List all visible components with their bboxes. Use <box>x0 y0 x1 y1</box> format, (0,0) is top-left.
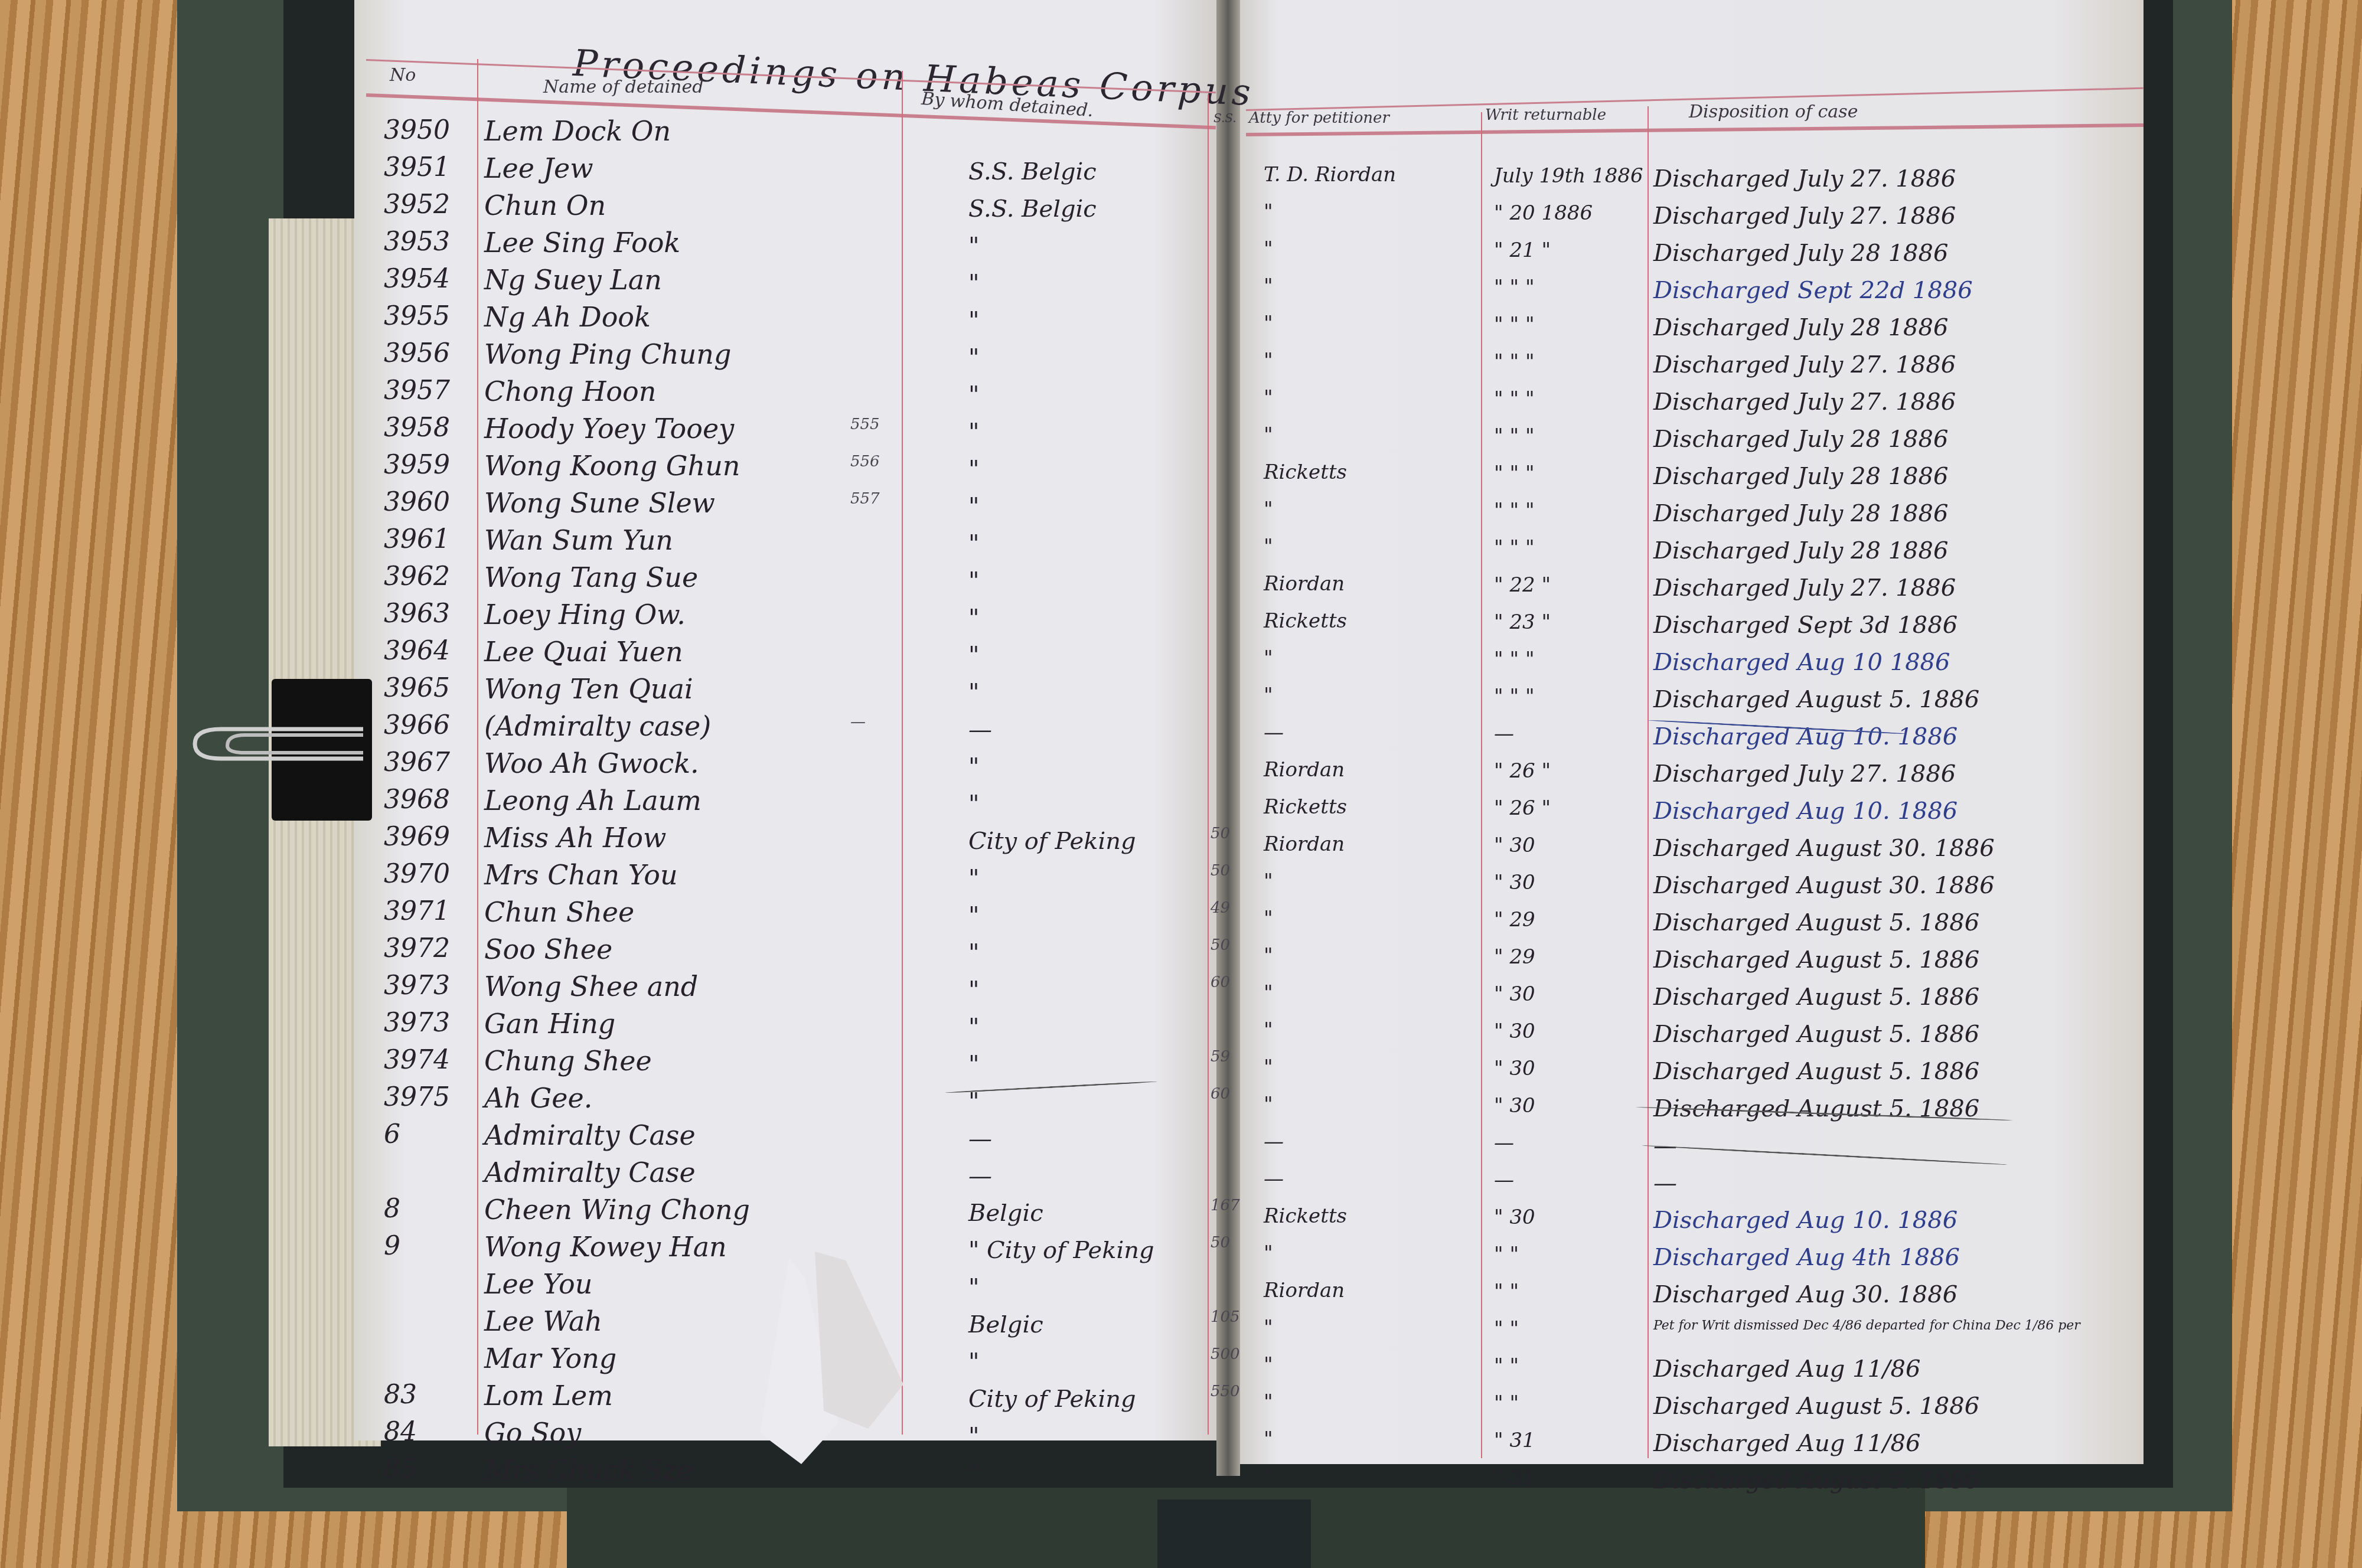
ledger-cell-by: " <box>968 270 979 297</box>
ledger-cell-disp: Discharged August 5. 1886 <box>1653 686 1979 713</box>
ledger-cell-atty: — <box>1264 1167 1284 1191</box>
ledger-cell-by: " <box>968 307 979 334</box>
ledger-cell-by: " <box>968 1051 979 1078</box>
ledger-cell-writ: " 30 <box>1494 834 1535 857</box>
ledger-cell-disp: Discharged July 27. 1886 <box>1653 202 1956 230</box>
binder-clip-handle-icon <box>186 705 363 776</box>
ledger-cell-no: 3951 <box>384 152 450 182</box>
ledger-cell-disp: Pet for Writ dismissed Dec 4/86 departed… <box>1653 1318 2080 1333</box>
ledger-cell-no: 3953 <box>384 227 450 257</box>
ledger-cell-disp: Discharged August 5. 1886 <box>1653 1467 1979 1494</box>
ledger-cell-no: 3963 <box>384 599 450 629</box>
ledger-cell-disp: Discharged August 30. 1886 <box>1653 835 1995 862</box>
ledger-cell-name: Ng Suey Lan <box>484 264 662 296</box>
ledger-cell-name: Loey Hing Ow. <box>484 599 686 631</box>
ledger-cell-name: Wong Shee and <box>484 971 698 1002</box>
ledger-cell-atty: Ricketts <box>1264 460 1347 484</box>
ledger-cell-name: Wong Tang Sue <box>484 561 698 593</box>
ledger-cell-no: 3961 <box>384 524 450 554</box>
ledger-cell-ticket: 555 <box>850 416 880 433</box>
ledger-cell-atty: " <box>1264 237 1273 261</box>
ledger-cell-atty: Ricketts <box>1264 795 1347 819</box>
ledger-cell-ticket: 49 <box>1211 899 1230 917</box>
ledger-cell-name: Leong Ah Laum <box>484 785 702 816</box>
ledger-cell-name: Ng Ah Dook <box>484 301 651 333</box>
ledger-cell-by: " City of Peking <box>968 1237 1154 1264</box>
ledger-cell-atty: " <box>1264 1316 1273 1340</box>
ledger-cell-ticket: 556 <box>850 453 880 471</box>
ledger-cell-ticket: 167 <box>1211 1197 1240 1214</box>
ledger-cell-by: " <box>968 456 979 483</box>
ledger-cell-name: Wong Ping Chung <box>484 338 731 370</box>
ledger-cell-writ: " " " <box>1494 350 1535 374</box>
ledger-cell-by: — <box>968 1125 992 1152</box>
ledger-cell-disp: Discharged Aug 10. 1886 <box>1653 798 1958 825</box>
ledger-cell-name: Admiralty Case <box>484 1119 696 1151</box>
ledger-cell-disp: Discharged July 27. 1886 <box>1653 388 1956 416</box>
ledger-cell-disp: Discharged July 28 1886 <box>1653 500 1948 527</box>
ledger-cell-atty: " <box>1264 1465 1273 1488</box>
book-stand <box>1157 1500 1311 1568</box>
ledger-cell-disp: Discharged August 5. 1886 <box>1653 1058 1979 1085</box>
ledger-cell-by: " <box>968 344 979 371</box>
ledger-cell-writ: " 30 <box>1494 1206 1535 1229</box>
ledger-cell-no: 3958 <box>384 413 450 443</box>
ledger-cell-atty: " <box>1264 684 1273 707</box>
ledger-cell-disp: Discharged July 28 1886 <box>1653 426 1948 453</box>
ledger-cell-writ: " 22 " <box>1494 573 1551 597</box>
ledger-cell-name: Admiralty Case <box>484 1157 696 1188</box>
ledger-cell-by: " <box>968 939 979 966</box>
ledger-cell-atty: " <box>1264 535 1273 558</box>
ledger-cell-disp: Discharged July 28 1886 <box>1653 240 1948 267</box>
ledger-cell-no: 84 <box>384 1417 417 1447</box>
ledger-cell-writ: " 30 <box>1494 1094 1535 1118</box>
ledger-cell-no: 3956 <box>384 338 450 368</box>
ledger-cell-by: " <box>968 642 979 669</box>
ledger-cell-atty: " <box>1264 870 1273 893</box>
ledger-cell-no: 3952 <box>384 190 450 220</box>
ledger-cell-by: " <box>968 1423 979 1450</box>
ledger-cell-name: Chun On <box>484 190 606 221</box>
ledger-cell-ticket: 105 <box>1211 1308 1240 1326</box>
ledger-cell-writ: " " " <box>1494 536 1535 560</box>
ledger-cell-by: — <box>968 1162 992 1190</box>
ledger-cell-name: Wong Koong Ghun <box>484 450 740 482</box>
ledger-cell-ticket: 50 <box>1211 936 1230 954</box>
ledger-cell-disp: Discharged July 28 1886 <box>1653 537 1948 564</box>
ledger-cell-name: Lem Dock On <box>484 115 671 147</box>
ledger-cell-name: Lee Sing Fook <box>484 227 680 259</box>
ledger-cell-writ: " 30 <box>1494 871 1535 894</box>
ledger-cell-name: Wong Ten Quai <box>484 673 693 705</box>
ledger-cell-name: Mar Yong <box>484 1342 616 1374</box>
ledger-cell-disp: Discharged Sept 22d 1886 <box>1653 277 1973 304</box>
ledger-cell-by: S.S. Belgic <box>968 195 1097 223</box>
ledger-cell-name: Soo Shee <box>484 933 612 965</box>
ledger-cell-disp: Discharged August 5. 1886 <box>1653 1021 1979 1048</box>
ledger-cell-no: 3969 <box>384 822 450 852</box>
ledger-cell-writ: " 26 " <box>1494 759 1551 783</box>
ledger-cell-ticket: 59 <box>1211 1048 1230 1066</box>
ledger-cell-atty: " <box>1264 386 1273 410</box>
ledger-cell-atty: " <box>1264 275 1273 298</box>
ledger-cell-name: Chun Shee <box>484 896 634 928</box>
ledger-cell-atty: " <box>1264 1390 1273 1414</box>
ledger-cell-atty: Riordan <box>1264 758 1345 782</box>
ledger-cell-atty: " <box>1264 907 1273 930</box>
header-ticket: S.S. <box>1213 111 1237 125</box>
ledger-cell-no: 3974 <box>384 1045 450 1075</box>
ledger-cell-disp: Discharged August 30. 1886 <box>1653 872 1995 899</box>
ledger-cell-atty: — <box>1264 721 1284 744</box>
ledger-cell-writ: " 20 1886 <box>1494 201 1593 225</box>
ledger-cell-writ: — <box>1494 722 1514 746</box>
ledger-cell-no: 3971 <box>384 896 450 926</box>
ledger-cell-name: Lee Quai Yuen <box>484 636 683 668</box>
ledger-cell-name: Lee You <box>484 1268 592 1300</box>
ledger-cell-by: — <box>968 716 992 743</box>
ledger-cell-name: Mrs Chuck Sze <box>484 1454 693 1486</box>
ledger-cell-no: 3960 <box>384 487 450 517</box>
ledger-cell-disp: Discharged August 5. 1886 <box>1653 909 1979 936</box>
ledger-cell-writ: — <box>1494 1168 1514 1192</box>
ledger-cell-name: Lee Jew <box>484 152 593 184</box>
ledger-cell-by: " <box>968 1088 979 1115</box>
ledger-cell-ticket: 557 <box>850 490 880 508</box>
ledger-cell-writ: " " <box>1494 1391 1519 1415</box>
ledger-cell-writ: " " " <box>1494 648 1535 671</box>
ledger-cell-ticket: 50 <box>1211 825 1230 842</box>
ledger-cell-name: Ah Gee. <box>484 1082 592 1114</box>
ledger-cell-no: 9 <box>384 1231 400 1261</box>
ledger-cell-writ: " " " <box>1494 462 1535 485</box>
ledger-cell-no: 3954 <box>384 264 450 294</box>
ledger-cell-atty: " <box>1264 646 1273 670</box>
ledger-cell-name: Cheen Wing Chong <box>484 1194 750 1226</box>
ledger-cell-ticket: 50 <box>1211 862 1230 880</box>
ledger-cell-atty: " <box>1264 1093 1273 1116</box>
header-writ: Writ returnable <box>1485 106 1606 124</box>
ledger-cell-by: Belgic <box>968 1311 1043 1338</box>
col-divider-writ <box>1647 106 1649 1458</box>
ledger-cell-atty: " <box>1264 1427 1273 1451</box>
ledger-cell-atty: " <box>1264 1056 1273 1079</box>
ledger-cell-atty: " <box>1264 312 1273 335</box>
ledger-cell-by: " <box>968 753 979 780</box>
ledger-cell-no: 8 <box>384 1194 400 1224</box>
ledger-cell-atty: T. D. Riordan <box>1264 163 1396 187</box>
ledger-cell-disp: Discharged July 28 1886 <box>1653 463 1948 490</box>
ledger-cell-disp: Discharged July 27. 1886 <box>1653 351 1956 378</box>
ledger-cell-name: Chong Hoon <box>484 375 656 407</box>
ledger-cell-disp: Discharged July 27. 1886 <box>1653 574 1956 602</box>
ledger-cell-by: " <box>968 679 979 706</box>
ledger-cell-by: Belgic <box>968 1200 1043 1227</box>
ledger-cell-by: " <box>968 865 979 892</box>
ledger-cell-by: " <box>968 1460 979 1487</box>
ledger-cell-name: Hoody Yoey Tooey <box>484 413 734 445</box>
ledger-cell-atty: " <box>1264 1242 1273 1265</box>
ledger-cell-by: " <box>968 976 979 1004</box>
ledger-cell-name: Wong Sune Slew <box>484 487 715 519</box>
ledger-cell-disp: Discharged Aug 11/86 <box>1653 1430 1920 1457</box>
ledger-cell-writ: " 30 <box>1494 982 1535 1006</box>
ledger-cell-writ: " 31 <box>1494 1429 1535 1452</box>
col-divider-by <box>1208 94 1209 1435</box>
ledger-cell-no: 3975 <box>384 1082 450 1112</box>
ledger-cell-name: Chung Shee <box>484 1045 652 1077</box>
ledger-cell-disp: Discharged July 28 1886 <box>1653 314 1948 341</box>
ledger-cell-atty: " <box>1264 498 1273 521</box>
col-divider-no <box>477 59 478 1435</box>
ledger-cell-no: 3967 <box>384 747 450 778</box>
ledger-cell-writ: July 19th 1886 <box>1494 164 1643 188</box>
ledger-cell-writ: " " " <box>1494 685 1535 708</box>
ledger-cell-ticket: 60 <box>1211 1085 1230 1103</box>
ledger-cell-disp: Discharged July 27. 1886 <box>1653 760 1956 788</box>
ledger-cell-ticket: 550 <box>1211 1383 1240 1400</box>
ledger-cell-no: 3970 <box>384 859 450 889</box>
ledger-cell-writ: — <box>1494 1131 1514 1155</box>
ledger-cell-name: Wan Sum Yun <box>484 524 673 556</box>
header-name: Name of detained <box>543 77 703 97</box>
ledger-cell-ticket: — <box>850 713 866 731</box>
ledger-cell-by: " <box>968 1014 979 1041</box>
ledger-cell-no: 3964 <box>384 636 450 666</box>
ledger-cell-no: 85 <box>384 1454 417 1484</box>
ledger-cell-by: " <box>968 493 979 520</box>
ledger-cell-disp: — <box>1653 1170 1677 1197</box>
ledger-cell-writ: " 21 " <box>1494 239 1551 262</box>
ledger-cell-by: " <box>968 233 979 260</box>
ledger-cell-writ: " " <box>1494 1243 1519 1266</box>
ledger-cell-by: " <box>968 790 979 818</box>
ledger-cell-no: 3962 <box>384 561 450 592</box>
ledger-cell-by: S.S. Belgic <box>968 158 1097 185</box>
ledger-cell-atty: Riordan <box>1264 832 1345 856</box>
ledger-cell-by: " <box>968 1348 979 1376</box>
book-gutter <box>1216 0 1240 1476</box>
ledger-cell-disp: Discharged August 5. 1886 <box>1653 946 1979 974</box>
ledger-cell-disp: Discharged July 27. 1886 <box>1653 165 1956 192</box>
ledger-cell-no: 3973 <box>384 971 450 1001</box>
ledger-cell-atty: Riordan <box>1264 572 1345 596</box>
ledger-cell-no: 3968 <box>384 785 450 815</box>
ledger-cell-writ: " " <box>1494 1280 1519 1304</box>
col-divider-name <box>902 71 903 1435</box>
ledger-cell-by: " <box>968 1274 979 1301</box>
ledger-cell-name: Woo Ah Gwock. <box>484 747 699 779</box>
ledger-cell-disp: Discharged Aug 30. 1886 <box>1653 1281 1958 1308</box>
ledger-cell-name: Miss Ah How <box>484 822 666 854</box>
ledger-cell-writ: " " " <box>1494 276 1535 299</box>
ledger-cell-by: City of Peking <box>968 1386 1136 1413</box>
ledger-cell-atty: Ricketts <box>1264 609 1347 633</box>
ledger-cell-disp: Discharged August 5. 1886 <box>1653 1393 1979 1420</box>
ledger-cell-atty: " <box>1264 423 1273 447</box>
ledger-cell-disp: Discharged Aug 10 1886 <box>1653 649 1950 676</box>
ledger-cell-atty: " <box>1264 981 1273 1005</box>
header-attorney: Atty for petitioner <box>1249 109 1389 127</box>
ledger-cell-disp: Discharged Sept 3d 1886 <box>1653 612 1958 639</box>
ledger-cell-no: 3957 <box>384 375 450 406</box>
ledger-cell-writ: " " " <box>1494 387 1535 411</box>
ledger-cell-writ: " 23 " <box>1494 610 1551 634</box>
ledger-cell-by: " <box>968 530 979 557</box>
ledger-cell-writ: " 29 <box>1494 945 1535 969</box>
ledger-cell-name: Mrs Chan You <box>484 859 678 891</box>
ledger-cell-by: " <box>968 605 979 632</box>
ledger-cell-ticket: 500 <box>1211 1345 1240 1363</box>
ledger-cell-writ: " " " <box>1494 424 1535 448</box>
ledger-cell-atty: " <box>1264 944 1273 968</box>
ledger-cell-ticket: 60 <box>1211 974 1230 991</box>
ledger-cell-writ: " 30 <box>1494 1057 1535 1080</box>
ledger-cell-atty: " <box>1264 200 1273 224</box>
ledger-cell-no: 3966 <box>384 710 450 740</box>
ledger-cell-atty: " <box>1264 349 1273 373</box>
ledger-cell-by: " <box>968 902 979 929</box>
header-no: No <box>390 65 416 86</box>
ledger-cell-atty: Riordan <box>1264 1279 1345 1302</box>
ledger-cell-name: Lee Wah <box>484 1305 602 1337</box>
ledger-cell-disp: Discharged Aug 10. 1886 <box>1653 1207 1958 1234</box>
ledger-cell-disp: Discharged August 5. 1886 <box>1653 984 1979 1011</box>
ledger-cell-no: 3973 <box>384 1008 450 1038</box>
ledger-cell-no: 83 <box>384 1380 417 1410</box>
ledger-cell-ticket: 50 <box>1211 1234 1230 1252</box>
ledger-cell-by: " <box>968 381 979 409</box>
ledger-cell-writ: " " <box>1494 1317 1519 1341</box>
ledger-cell-writ: " 29 <box>1494 908 1535 932</box>
ledger-cell-writ: " " <box>1494 1354 1519 1378</box>
ledger-cell-by: " <box>968 567 979 594</box>
ledger-cell-writ: " 30 <box>1494 1020 1535 1043</box>
ledger-cell-name: Lom Lem <box>484 1380 613 1412</box>
ledger-cell-atty: " <box>1264 1018 1273 1042</box>
ledger-cell-writ: " " " <box>1494 499 1535 522</box>
ledger-cell-atty: — <box>1264 1130 1284 1154</box>
ledger-cell-no: 6 <box>384 1119 400 1149</box>
ledger-cell-no: 3950 <box>384 115 450 145</box>
ledger-cell-name: Wong Kowey Han <box>484 1231 727 1263</box>
ledger-cell-writ: " 31 <box>1494 1466 1535 1489</box>
ledger-cell-no: 3955 <box>384 301 450 331</box>
ledger-cell-no: 3972 <box>384 933 450 963</box>
ledger-cell-writ: " " " <box>1494 313 1535 337</box>
header-disposition: Disposition of case <box>1689 102 1858 122</box>
ledger-cell-disp: Discharged Aug 4th 1886 <box>1653 1244 1960 1271</box>
ledger-cell-writ: " 26 " <box>1494 796 1551 820</box>
ledger-cell-no: 3959 <box>384 450 450 480</box>
ledger-cell-name: Go Soy <box>484 1417 581 1449</box>
ledger-cell-atty: Ricketts <box>1264 1204 1347 1228</box>
ledger-cell-by: " <box>968 419 979 446</box>
ledger-cell-by: City of Peking <box>968 828 1136 855</box>
ledger-cell-name: Gan Hing <box>484 1008 615 1040</box>
col-divider-atty <box>1481 112 1482 1458</box>
ledger-cell-name: (Admiralty case) <box>484 710 711 742</box>
ledger-cell-no: 3965 <box>384 673 450 703</box>
ledger-cell-disp: Discharged Aug 11/86 <box>1653 1355 1920 1383</box>
ledger-cell-atty: " <box>1264 1353 1273 1377</box>
